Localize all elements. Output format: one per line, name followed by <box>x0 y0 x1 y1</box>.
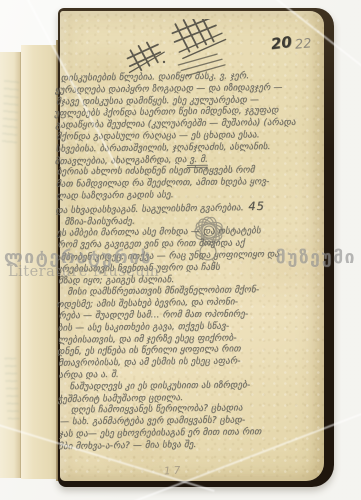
manuscript-text: დისკუსიების წლებია. დაიწყო მასკ. ვ. ჯერ.… <box>55 70 328 453</box>
manuscript-photo: დისკუსიების წლებია. დაიწყო მასკ. ვ. ჯერ.… <box>0 0 361 500</box>
manuscript-line: მზად იყო; გაიგეს ძალიან. <box>58 273 326 287</box>
ink-show-through-marks <box>2 78 19 148</box>
page-number-top: 2022 <box>271 33 311 52</box>
page-number-crossed: 20 <box>270 33 293 53</box>
page-number-bottom: 17 <box>164 465 184 478</box>
left-page-edge-near <box>21 45 56 479</box>
manuscript-line: რება — შუადღემ სამ... რომ მათ ოპონირე- <box>59 309 327 323</box>
page-number-current: 22 <box>294 36 312 52</box>
